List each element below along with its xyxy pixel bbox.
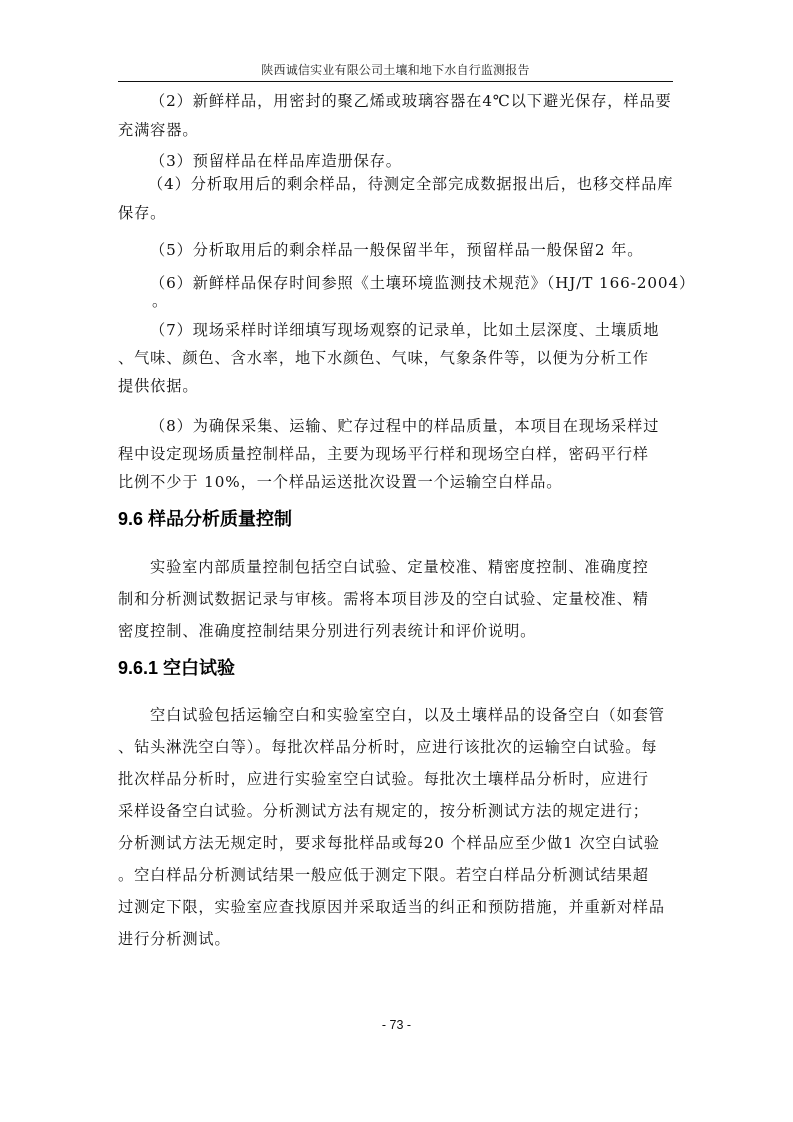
paragraph-line-5: 分析测试方法无规定时，要求每批样品或每20 个样品应至少做1 次空白试验 xyxy=(118,833,674,853)
page-number: - 73 - xyxy=(0,1017,793,1033)
paragraph-line-2: 、钻头淋洗空白等）。每批次样品分析时，应进行该批次的运输空白试验。每 xyxy=(118,737,674,757)
paragraph-line-6: 。空白样品分析测试结果一般应低于测定下限。若空白样品分析测试结果超 xyxy=(118,865,674,885)
paragraph-line-1: 实验室内部质量控制包括空白试验、定量校准、精密度控制、准确度控 xyxy=(150,557,706,577)
item-5-line-1: （5）分析取用后的剩余样品一般保留半年，预留样品一般保留2 年。 xyxy=(150,240,706,260)
paragraph-line-2: 制和分析测试数据记录与审核。需将本项目涉及的空白试验、定量校准、精 xyxy=(118,589,674,609)
header-title: 陕西诚信实业有限公司土壤和地下水自行监测报告 xyxy=(118,62,673,78)
paragraph-line-1: 空白试验包括运输空白和实验室空白，以及土壤样品的设备空白（如套管 xyxy=(150,705,706,725)
section-heading-9-6-1: 9.6.1 空白试验 xyxy=(118,657,235,679)
item-8-line-2: 程中设定现场质量控制样品，主要为现场平行样和现场空白样，密码平行样 xyxy=(118,444,674,464)
item-7-line-2: 、气味、颜色、含水率，地下水颜色、气味，气象条件等，以便为分析工作 xyxy=(118,348,674,368)
header-divider xyxy=(118,81,673,82)
paragraph-line-7: 过测定下限，实验室应查找原因并采取适当的纠正和预防措施，并重新对样品 xyxy=(118,897,674,917)
item-3-line-1: （3）预留样品在样品库造册保存。 xyxy=(150,151,706,171)
paragraph-line-3: 批次样品分析时，应进行实验室空白试验。每批次土壤样品分析时，应进行 xyxy=(118,769,674,789)
item-4-line-2: 保存。 xyxy=(118,203,674,223)
item-8-line-3: 比例不少于 10%，一个样品运送批次设置一个运输空白样品。 xyxy=(118,472,674,492)
item-2-line-1: （2）新鲜样品，用密封的聚乙烯或玻璃容器在4℃以下避光保存，样品要 xyxy=(150,91,706,111)
item-4-line-1: （4）分析取用后的剩余样品，待测定全部完成数据报出后，也移交样品库 xyxy=(148,174,704,194)
item-7-line-3: 提供依据。 xyxy=(118,376,674,396)
item-6-line-2: 。 xyxy=(152,291,708,311)
item-8-line-1: （8）为确保采集、运输、贮存过程中的样品质量，本项目在现场采样过 xyxy=(150,416,706,436)
item-2-line-2: 充满容器。 xyxy=(118,120,674,140)
item-7-line-1: （7）现场采样时详细填写现场观察的记录单，比如土层深度、土壤质地 xyxy=(150,320,706,340)
item-6-line-1: （6）新鲜样品保存时间参照《土壤环境监测技术规范》（HJ/T 166-2004） xyxy=(150,273,706,293)
paragraph-line-8: 进行分析测试。 xyxy=(118,929,674,949)
paragraph-line-3: 密度控制、准确度控制结果分别进行列表统计和评价说明。 xyxy=(118,621,674,641)
section-heading-9-6: 9.6 样品分析质量控制 xyxy=(118,508,292,530)
paragraph-line-4: 采样设备空白试验。分析测试方法有规定的，按分析测试方法的规定进行； xyxy=(118,801,674,821)
